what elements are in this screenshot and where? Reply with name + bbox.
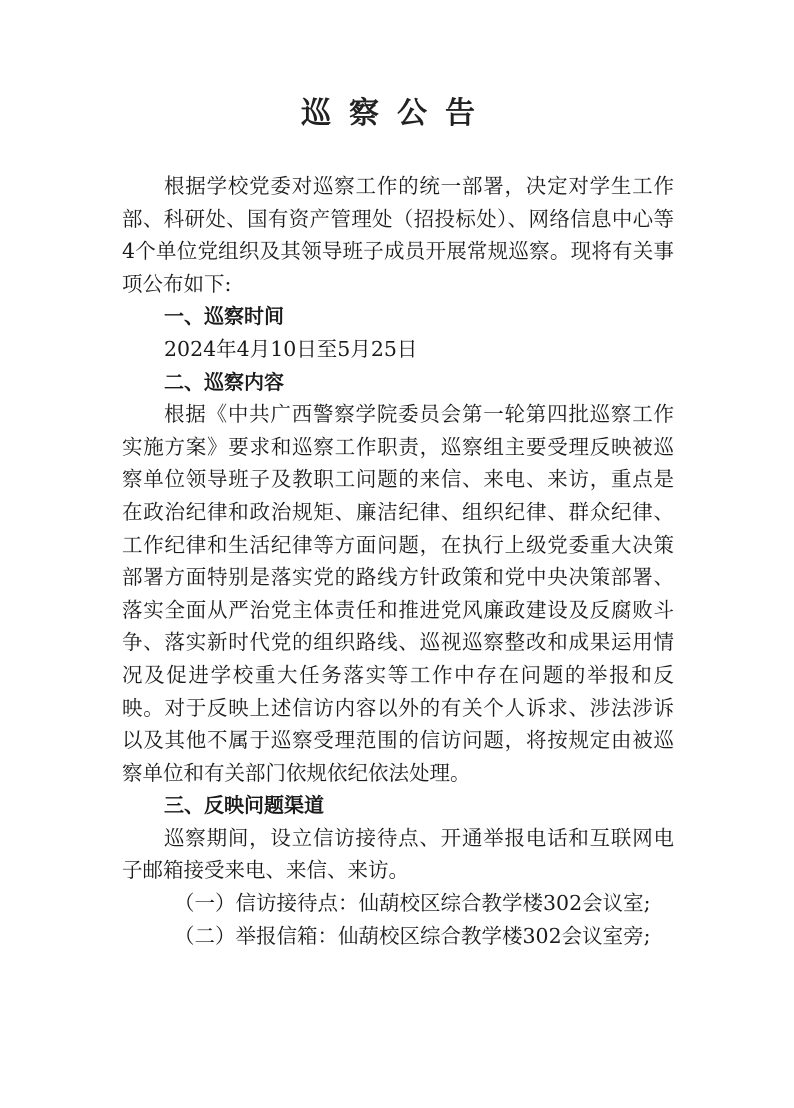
page-title: 巡察公告 (0, 88, 794, 132)
section-heading-channels: 三、反映问题渠道 (122, 789, 674, 822)
content-paragraph: 根据《中共广西警察学院委员会第一轮第四批巡察工作实施方案》要求和巡察工作职责，巡… (122, 398, 674, 789)
section-heading-time: 一、巡察时间 (122, 300, 674, 333)
channel-item-mailbox: （二）举报信箱：仙葫校区综合教学楼302会议室旁; (122, 920, 674, 953)
inspection-period: 2024年4月10日至5月25日 (122, 333, 674, 366)
channel-item-reception: （一）信访接待点：仙葫校区综合教学楼302会议室; (122, 887, 674, 920)
document-page: 巡察公告 根据学校党委对巡察工作的统一部署，决定对学生工作部、科研处、国有资产管… (0, 0, 794, 1108)
section-heading-content: 二、巡察内容 (122, 366, 674, 399)
document-body: 根据学校党委对巡察工作的统一部署，决定对学生工作部、科研处、国有资产管理处（招投… (122, 170, 674, 952)
channels-paragraph: 巡察期间，设立信访接待点、开通举报电话和互联网电子邮箱接受来电、来信、来访。 (122, 822, 674, 887)
intro-paragraph: 根据学校党委对巡察工作的统一部署，决定对学生工作部、科研处、国有资产管理处（招投… (122, 170, 674, 300)
